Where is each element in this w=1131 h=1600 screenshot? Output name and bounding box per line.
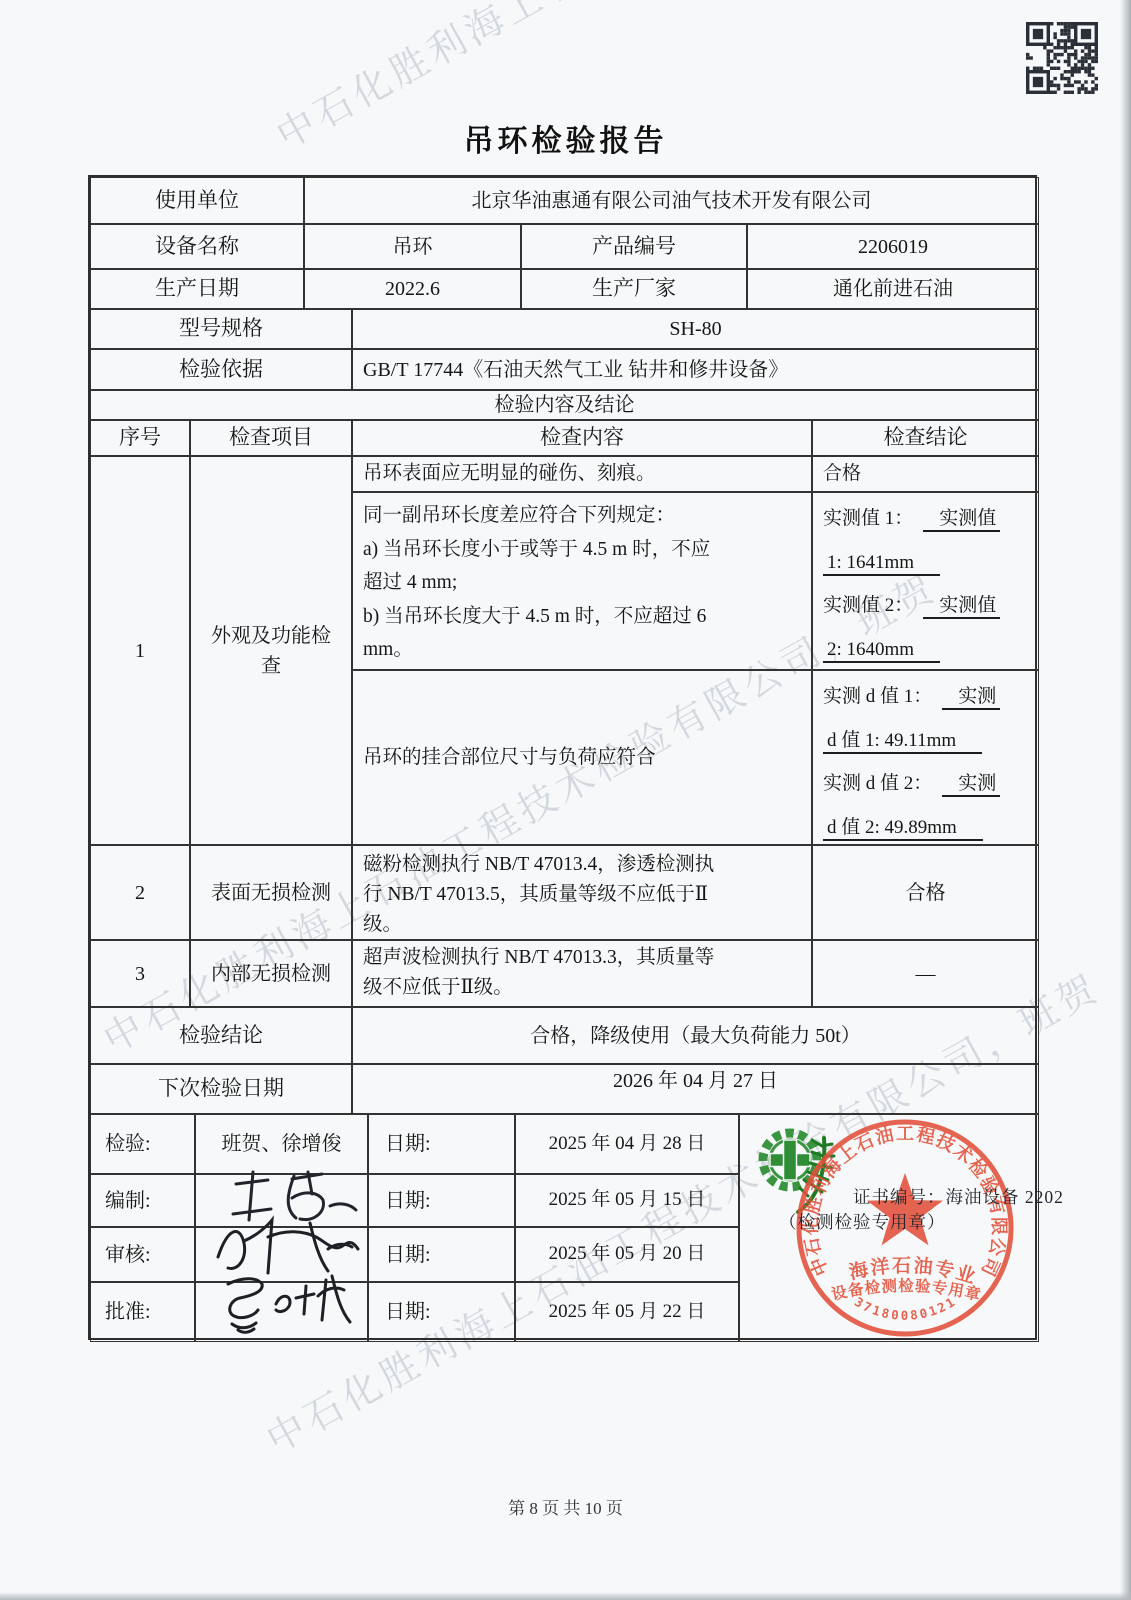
section-header: 检验内容及结论: [90, 390, 1039, 420]
measured-length-1-underlined: 实测值: [923, 508, 1000, 532]
col-header-no: 序号: [90, 420, 190, 456]
signoff-row-inspect-names: 班贺、徐增俊: [195, 1114, 368, 1174]
measured-d-2-label: 实测 d 值 2：: [823, 773, 932, 794]
scan-edge-bottom: [0, 1592, 1131, 1600]
user-unit-value: 北京华油惠通有限公司油气技术开发有限公司: [304, 177, 1039, 224]
row1-no: 1: [90, 456, 190, 845]
signoff-row-inspect-date-label: 日期:: [368, 1114, 515, 1174]
signoff-row-prepare-date-label: 日期:: [368, 1174, 515, 1227]
prod-date-value: 2022.6: [304, 269, 521, 309]
measured-d-2-underlined: 实测: [942, 773, 1000, 797]
signoff-row-prepare-label: 编制:: [90, 1174, 195, 1227]
stamp-cert-number-line: 证书编号：海油设备 2202: [853, 1184, 1064, 1209]
report-page: 中石化胜利海上石油工程技术检验有限公司，班贺 中石化胜利海上石油工程技术检验有限…: [0, 0, 1131, 1600]
device-name-value: 吊环: [304, 224, 521, 269]
conclusion-label: 检验结论: [90, 1007, 352, 1064]
product-no-value: 2206019: [747, 224, 1039, 269]
measured-length-2-value: 2: 1640mm: [823, 639, 940, 663]
signoff-row-approve-label: 批准:: [90, 1282, 195, 1342]
page-number: 第 8 页 共 10 页: [0, 1494, 1131, 1519]
measured-length-1-label: 实测值 1：: [823, 508, 913, 529]
conclusion-value: 合格，降级使用（最大负荷能力 50t）: [352, 1007, 1039, 1064]
measured-length-2-underlined: 实测值: [923, 595, 1000, 619]
row1-sub2-result: 实测值 1：实测值 1: 1641mm 实测值 2：实测值 2: 1640mm: [812, 492, 1039, 670]
signoff-row-prepare-date: 2025 年 05 月 15 日: [515, 1174, 739, 1227]
measured-d-2-value: d 值 2: 49.89mm: [823, 817, 983, 841]
measured-d-1-value: d 值 1: 49.11mm: [823, 730, 982, 754]
row2-result: 合格: [812, 845, 1039, 940]
row3-content: 超声波检测执行 NB/T 47013.3，其质量等 级不应低于Ⅱ级。: [352, 940, 812, 1007]
measured-length-1-value: 1: 1641mm: [823, 552, 940, 576]
measured-length-2-label: 实测值 2：: [823, 595, 913, 616]
scan-edge-right: [1120, 0, 1131, 1600]
row3-no: 3: [90, 940, 190, 1007]
stamp-cert-type-line: （检测检验专用章）: [779, 1209, 946, 1234]
signoff-row-review-date-label: 日期:: [368, 1227, 515, 1282]
prod-date-label: 生产日期: [90, 269, 304, 309]
col-header-result: 检查结论: [812, 420, 1039, 456]
model-label: 型号规格: [90, 309, 352, 349]
approve-handwritten-signature: [218, 1268, 388, 1338]
row2-content: 磁粉检测执行 NB/T 47013.4，渗透检测执 行 NB/T 47013.5…: [352, 845, 812, 940]
row1-sub1-result: 合格: [812, 456, 1039, 492]
row2-item: 表面无损检测: [190, 845, 352, 940]
basis-label: 检验依据: [90, 349, 352, 390]
row2-no: 2: [90, 845, 190, 940]
row3-result: —: [812, 940, 1039, 1007]
page-title: 吊环检验报告: [0, 116, 1131, 160]
signoff-row-inspect-label: 检验:: [90, 1114, 195, 1174]
next-date-label: 下次检验日期: [90, 1064, 352, 1114]
row1-sub1-content: 吊环表面应无明显的碰伤、刻痕。: [352, 456, 812, 492]
signoff-row-review-date: 2025 年 05 月 20 日: [515, 1227, 739, 1282]
device-name-label: 设备名称: [90, 224, 304, 269]
measured-d-1-label: 实测 d 值 1：: [823, 686, 932, 707]
col-header-item: 检查项目: [190, 420, 352, 456]
row1-sub2-content: 同一副吊环长度差应符合下列规定： a) 当吊环长度小于或等于 4.5 m 时，不…: [352, 492, 812, 670]
signoff-row-review-label: 审核:: [90, 1227, 195, 1282]
manufacturer-label: 生产厂家: [521, 269, 747, 309]
signoff-row-approve-date-label: 日期:: [368, 1282, 515, 1342]
signoff-row-approve-date: 2025 年 05 月 22 日: [515, 1282, 739, 1342]
user-unit-label: 使用单位: [90, 177, 304, 224]
row3-item: 内部无损检测: [190, 940, 352, 1007]
product-no-label: 产品编号: [521, 224, 747, 269]
measured-d-1-underlined: 实测: [942, 686, 1000, 710]
signoff-row-inspect-date: 2025 年 04 月 28 日: [515, 1114, 739, 1174]
manufacturer-value: 通化前进石油: [747, 269, 1039, 309]
row1-sub3-content: 吊环的挂合部位尺寸与负荷应符合: [352, 670, 812, 845]
row1-item: 外观及功能检查: [190, 456, 352, 845]
col-header-content: 检查内容: [352, 420, 812, 456]
qr-code: [1026, 22, 1098, 94]
model-value: SH-80: [352, 309, 1039, 349]
row1-sub3-result: 实测 d 值 1：实测 d 值 1: 49.11mm 实测 d 值 2：实测 d…: [812, 670, 1039, 845]
basis-value: GB/T 17744《石油天然气工业 钻井和修井设备》: [352, 349, 1039, 390]
